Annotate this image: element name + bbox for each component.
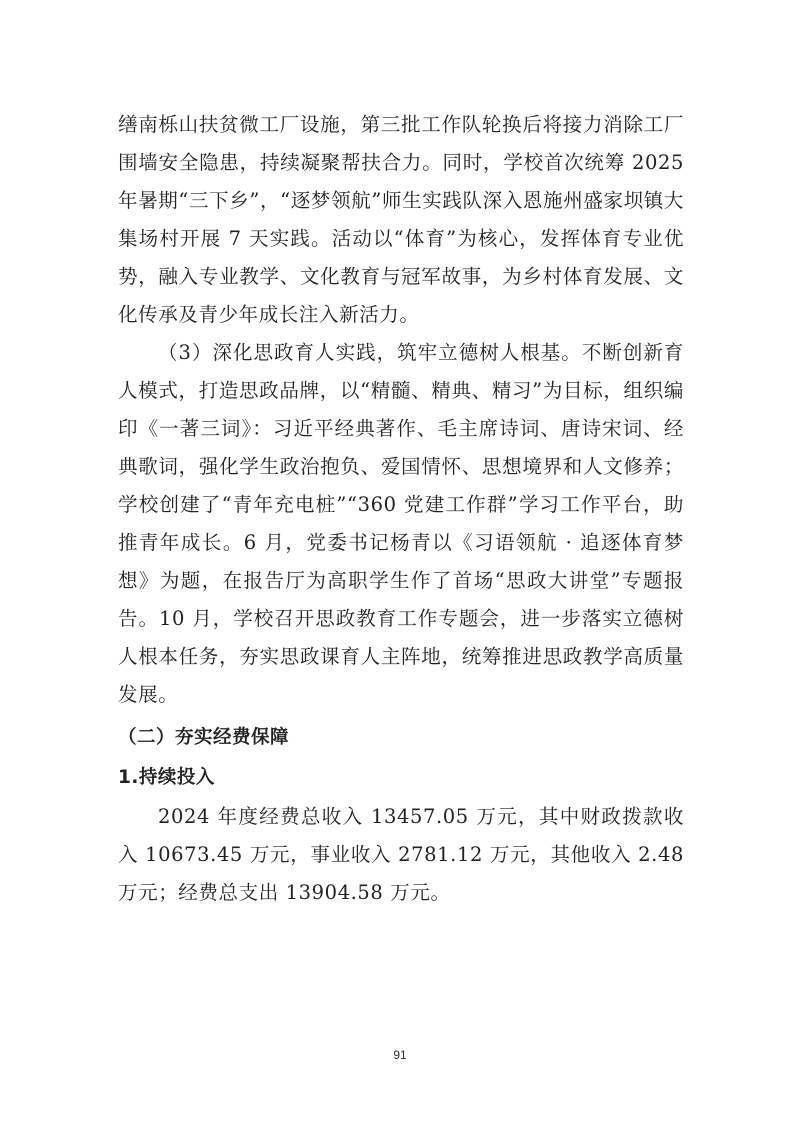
page-number: 91 bbox=[0, 1048, 800, 1062]
paragraph-rural-support: 缮南栎山扶贫微工厂设施，第三批工作队轮换后将接力消除工厂围墙安全隐患，持续凝聚帮… bbox=[118, 106, 684, 334]
document-body: 缮南栎山扶贫微工厂设施，第三批工作队轮换后将接力消除工厂围墙安全隐患，持续凝聚帮… bbox=[118, 106, 684, 912]
section-heading-funding: （二）夯实经费保障 bbox=[118, 718, 684, 758]
subsection-heading-investment: 1.持续投入 bbox=[118, 758, 684, 798]
paragraph-funding-figures: 2024 年度经费总收入 13457.05 万元，其中财政拨款收入 10673.… bbox=[118, 798, 684, 912]
paragraph-ideological-education: （3）深化思政育人实践，筑牢立德树人根基。不断创新育人模式，打造思政品牌，以“精… bbox=[118, 334, 684, 714]
